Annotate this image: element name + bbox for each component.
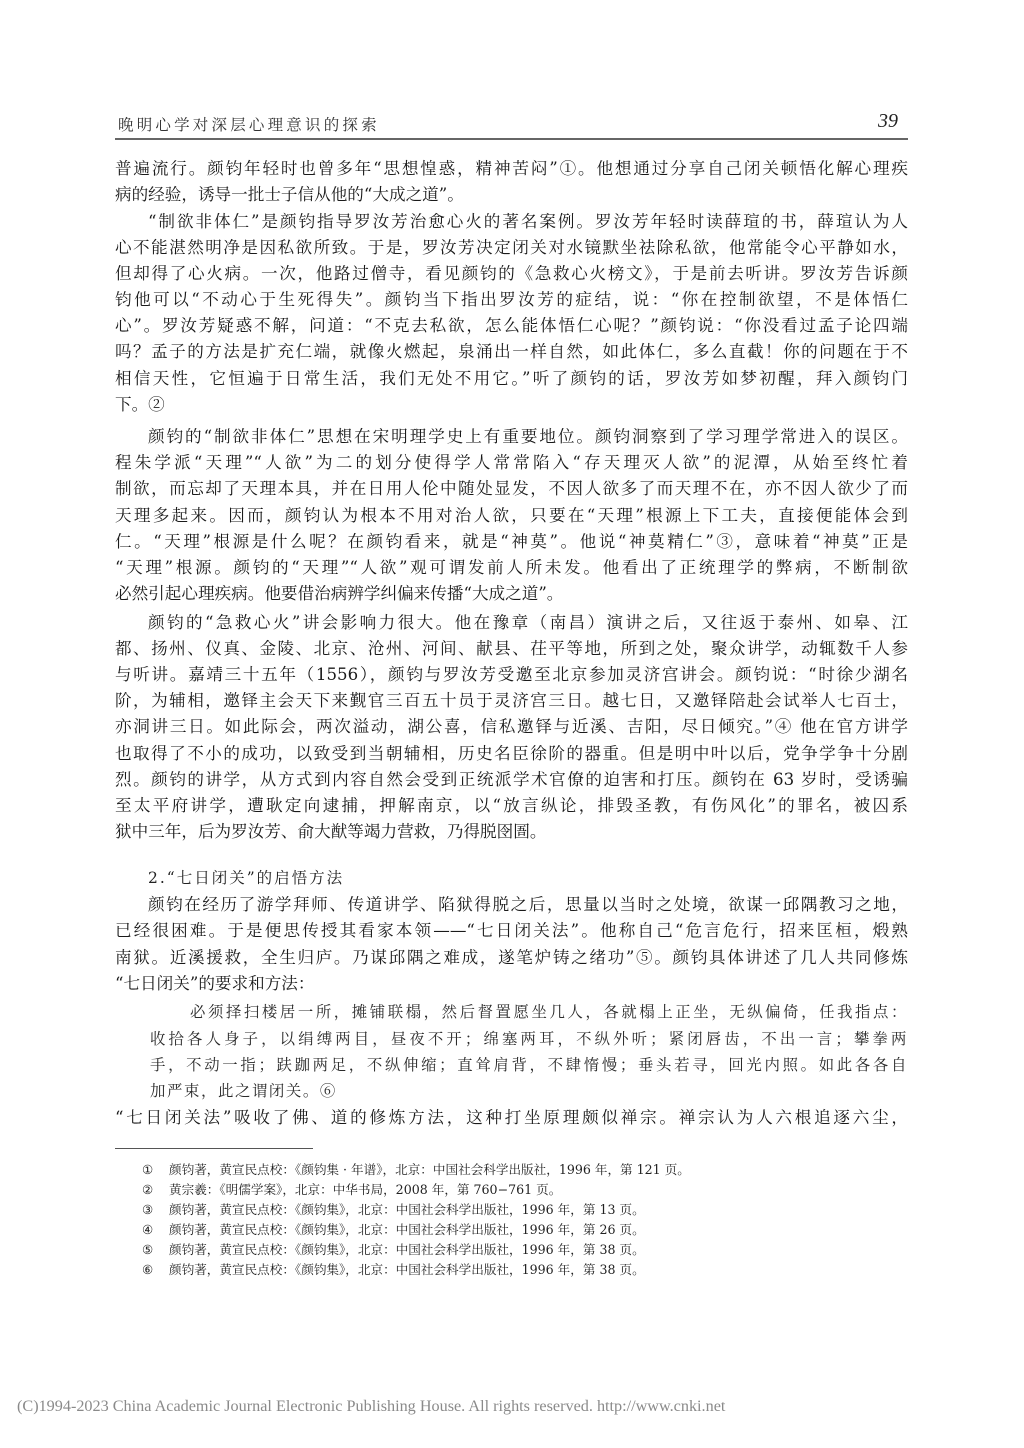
body-line: 已经很困难。于是便思传授其看家本领——“七日闭关法”。他称自己“危言危行，招来匡…	[115, 920, 908, 942]
body-line: 都、扬州、仪真、金陵、北京、沧州、河间、献县、茌平等地，所到之处，聚众讲学，动辄…	[115, 638, 908, 660]
body-line: “七日闭关”的要求和方法：	[115, 973, 908, 995]
body-line: “天理”根源。颜钧的“天理”“人欲”观可谓发前人所未发。他看出了正统理学的弊病，…	[115, 557, 908, 579]
body-line: 程朱学派“天理”“人欲”为二的划分使得学人常常陷入“存天理灭人欲”的泥潭，从始至…	[115, 452, 908, 474]
body-line: 颜钧的“制欲非体仁”思想在宋明理学史上有重要地位。颜钧洞察到了学习理学常进入的误…	[148, 426, 908, 448]
body-line: 心不能湛然明净是因私欲所致。于是，罗汝芳决定闭关对水镜默坐祛除私欲，他常能令心平…	[115, 237, 908, 259]
footnote-marker: ③	[142, 1201, 169, 1219]
footnote-text: 颜钧著，黄宣民点校：《颜钧集》，北京：中国社会科学出版社，1996 年，第 13…	[169, 1202, 645, 1217]
body-line: 也取得了不小的成功，以致受到当朝辅相，历史名臣徐阶的器重。但是明中叶以后，党争学…	[115, 743, 908, 765]
footnote-marker: ⑤	[142, 1241, 169, 1259]
body-line: 下。②	[115, 394, 908, 416]
body-line: 必然引起心理疾病。他要借治病辨学纠偏来传播“大成之道”。	[115, 583, 908, 605]
body-line: 阶，为辅相，邀铎主会天下来觐官三百五十员于灵济宫三日。越七日，又邀铎陪赴会试举人…	[115, 690, 908, 712]
section-heading: 2.“七日闭关”的启悟方法	[148, 866, 344, 888]
quote-line: 收拾各人身子，以绢缚两目，昼夜不开；绵塞两耳，不纵外听；紧闭唇齿，不出一言；攀拳…	[150, 1028, 908, 1050]
body-line: 南狱。近溪援救，全生归庐。乃谋邱隅之难成，遂笔炉铸之绪功”⑤。颜钧具体讲述了几人…	[115, 947, 908, 969]
body-line: “七日闭关法”吸收了佛、道的修炼方法，这种打坐原理颇似禅宗。禅宗认为人六根追逐六…	[115, 1107, 908, 1129]
footnote-text: 颜钧著，黄宣民点校：《颜钧集》，北京：中国社会科学出版社，1996 年，第 26…	[169, 1222, 645, 1237]
footnote-marker: ④	[142, 1221, 169, 1239]
body-line: 至太平府讲学，遭耿定向逮捕，押解南京，以“放言纵论，排毁圣教，有伤风化”的罪名，…	[115, 795, 908, 817]
footnote-text: 颜钧著，黄宣民点校：《颜钧集 · 年谱》，北京：中国社会科学出版社，1996 年…	[169, 1162, 690, 1177]
body-line: 相信天性，它恒遍于日常生活，我们无处不用它。”听了颜钧的话，罗汝芳如梦初醒，拜入…	[115, 368, 908, 390]
footnote-marker: ①	[142, 1161, 169, 1179]
header-rule	[115, 138, 908, 140]
footnote: ⑥颜钧著，黄宣民点校：《颜钧集》，北京：中国社会科学出版社，1996 年，第 3…	[142, 1261, 645, 1279]
body-line: 仁。“天理”根源是什么呢？在颜钧看来，就是“神莫”。他说“神莫精仁”③，意味着“…	[115, 531, 908, 553]
body-line: 钧他可以“不动心于生死得失”。颜钧当下指出罗汝芳的症结，说：“你在控制欲望，不是…	[115, 289, 908, 311]
footnote: ⑤颜钧著，黄宣民点校：《颜钧集》，北京：中国社会科学出版社，1996 年，第 3…	[142, 1241, 645, 1259]
body-line: 烈。颜钧的讲学，从方式到内容自然会受到正统派学术官僚的迫害和打压。颜钧在 63 …	[115, 769, 908, 791]
footnote-marker: ⑥	[142, 1261, 169, 1279]
body-line: 天理多起来。因而，颜钧认为根本不用对治人欲，只要在“天理”根源上下工夫，直接便能…	[115, 505, 908, 527]
running-title: 晚明心学对深层心理意识的探索	[118, 113, 380, 135]
body-line: 颜钧在经历了游学拜师、传道讲学、陷狱得脱之后，思量以当时之处境，欲谋一邱隅教习之…	[148, 894, 908, 916]
body-line: 吗？孟子的方法是扩充仁端，就像火燃起，泉涌出一样自然，如此体仁，多么直截！你的问…	[115, 341, 908, 363]
body-line: 亦洞讲三日。如此际会，两次溢动，湖公喜，信私邀铎与近溪、吉阳，尽日倾究。”④ 他…	[115, 716, 908, 738]
footnote: ④颜钧著，黄宣民点校：《颜钧集》，北京：中国社会科学出版社，1996 年，第 2…	[142, 1221, 645, 1239]
page-number: 39	[878, 110, 898, 133]
body-line: 与听讲。嘉靖三十五年（1556），颜钧与罗汝芳受邀至北京参加灵济宫讲会。颜钧说：…	[115, 664, 908, 686]
footnote-rule	[115, 1148, 313, 1149]
body-line: 心”。罗汝芳疑惑不解，问道：“不克去私欲，怎么能体悟仁心呢？”颜钧说：“你没看过…	[115, 315, 908, 337]
body-line: “制欲非体仁”是颜钧指导罗汝芳治愈心火的著名案例。罗汝芳年轻时读薛瑄的书，薛瑄认…	[148, 211, 908, 233]
copyright-notice: (C)1994-2023 China Academic Journal Elec…	[17, 1397, 725, 1416]
quote-line: 必须择扫楼居一所，摊铺联榻，然后督置愿坐几人，各就榻上正坐，无纵偏倚，任我指点：	[190, 1001, 908, 1023]
body-line: 制欲，而忘却了天理本具，并在日用人伦中随处显发，不因人欲多了而天理不在，亦不因人…	[115, 478, 908, 500]
footnote-text: 黄宗羲：《明儒学案》，北京：中华书局，2008 年，第 760−761 页。	[169, 1182, 561, 1197]
body-line: 但却得了心火病。一次，他路过僧寺，看见颜钧的《急救心火榜文》，于是前去听讲。罗汝…	[115, 263, 908, 285]
quote-line: 加严束，此之谓闭关。⑥	[150, 1080, 908, 1102]
body-line: 病的经验，诱导一批士子信从他的“大成之道”。	[115, 184, 908, 206]
footnote: ①颜钧著，黄宣民点校：《颜钧集 · 年谱》，北京：中国社会科学出版社，1996 …	[142, 1161, 690, 1179]
footnote: ②黄宗羲：《明儒学案》，北京：中华书局，2008 年，第 760−761 页。	[142, 1181, 561, 1199]
footnote-text: 颜钧著，黄宣民点校：《颜钧集》，北京：中国社会科学出版社，1996 年，第 38…	[169, 1262, 645, 1277]
footnote: ③颜钧著，黄宣民点校：《颜钧集》，北京：中国社会科学出版社，1996 年，第 1…	[142, 1201, 645, 1219]
quote-line: 手，不动一指；趺跏两足，不纵伸缩；直耸肩背，不肆惰慢；垂头若寻，回光内照。如此各…	[150, 1054, 908, 1076]
body-line: 狱中三年，后为罗汝芳、俞大猷等竭力营救，乃得脱囹圄。	[115, 821, 908, 843]
footnote-marker: ②	[142, 1181, 169, 1199]
body-line: 普遍流行。颜钧年轻时也曾多年“思想惶惑，精神苦闷”①。他想通过分享自己闭关顿悟化…	[115, 158, 908, 180]
body-line: 颜钧的“急救心火”讲会影响力很大。他在豫章（南昌）演讲之后，又往返于泰州、如皋、…	[148, 612, 908, 634]
footnote-text: 颜钧著，黄宣民点校：《颜钧集》，北京：中国社会科学出版社，1996 年，第 38…	[169, 1242, 645, 1257]
